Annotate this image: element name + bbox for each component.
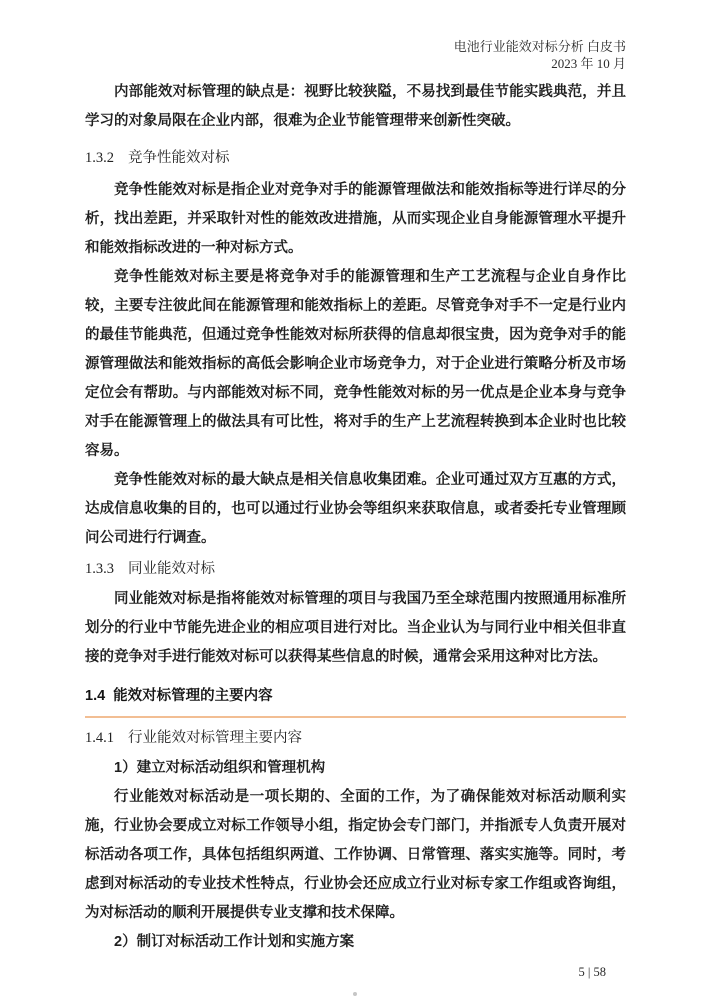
- numbered-item-1: 1）建立对标活动组织和管理机构: [85, 754, 626, 783]
- section-title: 行业能效对标管理主要内容: [128, 730, 302, 746]
- section-heading-1-3-2: 1.3.2竞争性能效对标: [85, 148, 626, 168]
- page-header: 电池行业能效对标分析 白皮书 2023 年 10 月: [85, 38, 626, 72]
- header-title: 电池行业能效对标分析 白皮书: [85, 38, 626, 55]
- numbered-item-2: 2）制订对标活动工作计划和实施方案: [85, 928, 626, 957]
- section-heading-main: 1.4能效对标管理的主要内容: [85, 686, 626, 718]
- section-number: 1.4.1: [85, 730, 114, 746]
- document-page: 电池行业能效对标分析 白皮书 2023 年 10 月 内部能效对标管理的缺点是：…: [0, 0, 710, 1004]
- section-heading-1-3-3: 1.3.3同业能效对标: [85, 559, 626, 579]
- paragraph: 行业能效对标活动是一项长期的、全面的工作，为了确保能效对标活动顺利实施，行业协会…: [85, 783, 626, 928]
- paragraph: 竞争性能效对标主要是将竞争对手的能源管理和生产工艺流程与企业自身作比较，主要专注…: [85, 263, 626, 466]
- section-number: 1.3.2: [85, 150, 114, 166]
- section-heading-1-4-1: 1.4.1行业能效对标管理主要内容: [85, 728, 626, 748]
- paragraph: 同业能效对标是指将能效对标管理的项目与我国乃至全球范围内按照通用标准所划分的行业…: [85, 585, 626, 672]
- scan-artifact-dot: [353, 992, 357, 996]
- header-date: 2023 年 10 月: [85, 55, 626, 72]
- page-number: 5 | 58: [578, 965, 606, 979]
- paragraph: 竞争性能效对标是指企业对竞争对手的能源管理做法和能效指标等进行详尽的分析，找出差…: [85, 176, 626, 263]
- page-footer: 5 | 58: [85, 965, 626, 980]
- document-body: 内部能效对标管理的缺点是：视野比较狭隘，不易找到最佳节能实践典范，并且学习的对象…: [85, 78, 626, 957]
- paragraph: 竞争性能效对标的最大缺点是相关信息收集团难。企业可通过双方互惠的方式，达成信息收…: [85, 466, 626, 553]
- section-title: 同业能效对标: [128, 561, 215, 577]
- section-title: 能效对标管理的主要内容: [113, 688, 273, 704]
- section-number: 1.4: [85, 688, 105, 704]
- section-number: 1.3.3: [85, 561, 114, 577]
- section-title: 竞争性能效对标: [128, 150, 230, 166]
- paragraph-intro: 内部能效对标管理的缺点是：视野比较狭隘，不易找到最佳节能实践典范，并且学习的对象…: [85, 78, 626, 136]
